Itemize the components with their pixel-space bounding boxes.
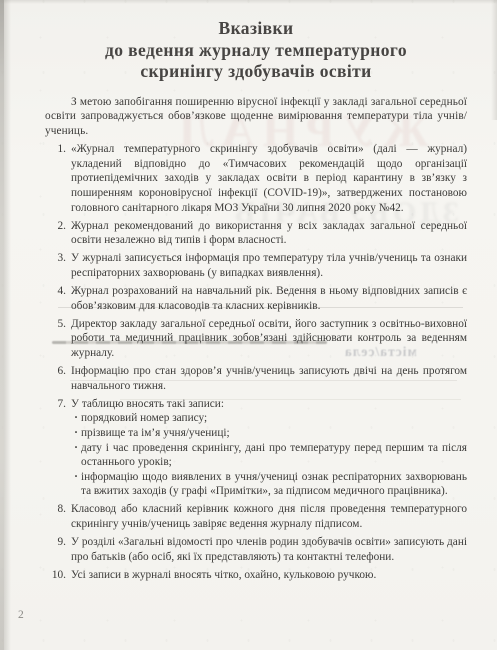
bullet-marker: · [71, 426, 81, 441]
bullet-text: дату і час проведення скринінгу, дані пр… [81, 441, 467, 470]
item-text-lead: У таблицю вносять такі записи: [71, 397, 467, 412]
item-text: Усі записи в журналі вносять чітко, охай… [71, 568, 467, 583]
item-number: 7. [45, 397, 71, 499]
item-text: Класовод або класний керівник кожного дн… [71, 502, 467, 531]
list-item: 7. У таблицю вносять такі записи: · поря… [45, 397, 467, 499]
bullet-item: · порядковий номер запису; [71, 411, 467, 426]
scan-edge-top [0, 0, 497, 4]
list-item: 1. «Журнал температурного скринінгу здоб… [45, 142, 467, 215]
list-item: 5. Директор закладу загальної середньої … [45, 317, 467, 361]
scanned-document-page: ЖУРНАЛ ЗДОБУВАЧІВ міста/села Вказівки до… [0, 0, 497, 650]
item-text: Директор закладу загальної середньої осв… [71, 317, 467, 361]
page-title: Вказівки до ведення журналу температурно… [45, 18, 467, 83]
item-text: У журналі записується інформація про тем… [71, 251, 467, 280]
list-item: 4. Журнал розрахований на навчальний рік… [45, 284, 467, 313]
page-number: 2 [18, 609, 24, 621]
bullet-item: · інформацію щодо виявлених в учня/учени… [71, 470, 467, 499]
intro-paragraph: З метою запобігання поширенню вірусної і… [45, 95, 467, 139]
item-text: Журнал розрахований на навчальний рік. В… [71, 284, 467, 313]
bullet-marker: · [71, 441, 81, 470]
bullet-text: порядковий номер запису; [81, 411, 467, 426]
bullet-marker: · [71, 470, 81, 499]
bullet-text: інформацію щодо виявлених в учня/учениці… [81, 470, 467, 499]
item-number: 1. [45, 142, 71, 215]
item-text: Інформацію про стан здоров’я учнів/учени… [71, 364, 467, 393]
list-item: 8. Класовод або класний керівник кожного… [45, 502, 467, 531]
item-number: 2. [45, 219, 71, 248]
title-line-1: Вказівки [45, 18, 467, 40]
page-content: Вказівки до ведення журналу температурно… [45, 12, 467, 586]
scan-edge-right [491, 0, 497, 120]
numbered-list: 1. «Журнал температурного скринінгу здоб… [45, 142, 467, 582]
bullet-item: · дату і час проведення скринінгу, дані … [71, 441, 467, 470]
list-item: 9. У розділі «Загальні відомості про чле… [45, 535, 467, 564]
item-text: У таблицю вносять такі записи: · порядко… [71, 397, 467, 499]
item-number: 8. [45, 502, 71, 531]
title-line-2: до ведення журналу температурного [45, 40, 467, 62]
bullet-item: · прізвище та ім’я учня/учениці; [71, 426, 467, 441]
item-number: 9. [45, 535, 71, 564]
item-text: «Журнал температурного скринінгу здобува… [71, 142, 467, 215]
item-text: Журнал рекомендований до використання у … [71, 219, 467, 248]
item-number: 5. [45, 317, 71, 361]
title-line-3: скринінгу здобувачів освіти [45, 61, 467, 83]
list-item: 6. Інформацію про стан здоров’я учнів/уч… [45, 364, 467, 393]
item-number: 4. [45, 284, 71, 313]
list-item: 3. У журналі записується інформація про … [45, 251, 467, 280]
item-text: У розділі «Загальні відомості про членів… [71, 535, 467, 564]
bullet-text: прізвище та ім’я учня/учениці; [81, 426, 467, 441]
bullet-marker: · [71, 411, 81, 426]
scan-edge-left-fade [4, 0, 11, 650]
item-number: 3. [45, 251, 71, 280]
list-item: 10. Усі записи в журналі вносять чітко, … [45, 568, 467, 583]
list-item: 2. Журнал рекомендований до використання… [45, 219, 467, 248]
item-number: 10. [45, 568, 71, 583]
item-number: 6. [45, 364, 71, 393]
